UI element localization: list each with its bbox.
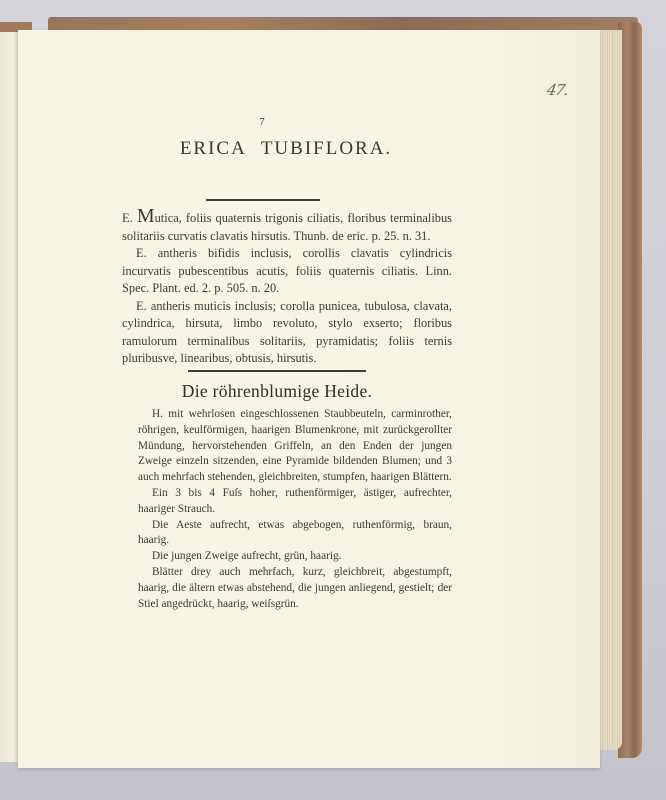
title-genus: ERICA xyxy=(180,138,247,159)
german-description: H. mit wehrlosen eingeschlossenen Staubb… xyxy=(138,407,452,612)
latin-paragraph-1-text: utica, foliis quaternis trigonis ciliati… xyxy=(122,211,452,243)
page-title: ERICATUBIFLORA. xyxy=(18,138,536,160)
latin-paragraph-2: E. antheris bifidis inclusis, corollis c… xyxy=(122,245,452,298)
title-divider xyxy=(206,199,320,201)
title-species: TUBIFLORA. xyxy=(261,138,392,159)
latin-initial: E. xyxy=(122,211,137,225)
german-paragraph-1: H. mit wehrlosen eingeschlossenen Staubb… xyxy=(138,407,452,486)
german-paragraph-5: Blätter drey auch mehrfach, kurz, gleich… xyxy=(138,565,452,612)
german-title: Die röhrenblumige Heide. xyxy=(18,381,536,402)
book-page: 47. 7 ERICATUBIFLORA. E. Mutica, foliis … xyxy=(18,30,600,768)
latin-paragraph-3: E. antheris muticis inclusis; corolla pu… xyxy=(122,298,452,368)
german-paragraph-2: Ein 3 bis 4 Fuſs hoher, ruthenförmiger, … xyxy=(138,486,452,518)
scan-scene: 47. 7 ERICATUBIFLORA. E. Mutica, foliis … xyxy=(0,0,666,800)
book-cover-edge-top xyxy=(48,17,638,31)
latin-description: E. Mutica, foliis quaternis trigonis cil… xyxy=(122,210,452,368)
facing-page-sliver xyxy=(0,32,18,762)
plate-number: 7 xyxy=(256,116,268,128)
handwritten-folio-number: 47. xyxy=(545,81,569,99)
german-paragraph-4: Die jungen Zweige aufrecht, grün, haarig… xyxy=(138,549,452,565)
latin-drop-letter: M xyxy=(137,205,155,227)
german-paragraph-3: Die Aeste aufrecht, etwas abgebogen, rut… xyxy=(138,518,452,550)
page-block-edges xyxy=(598,30,622,750)
latin-paragraph-1: E. Mutica, foliis quaternis trigonis cil… xyxy=(122,210,452,245)
section-divider xyxy=(188,370,366,372)
